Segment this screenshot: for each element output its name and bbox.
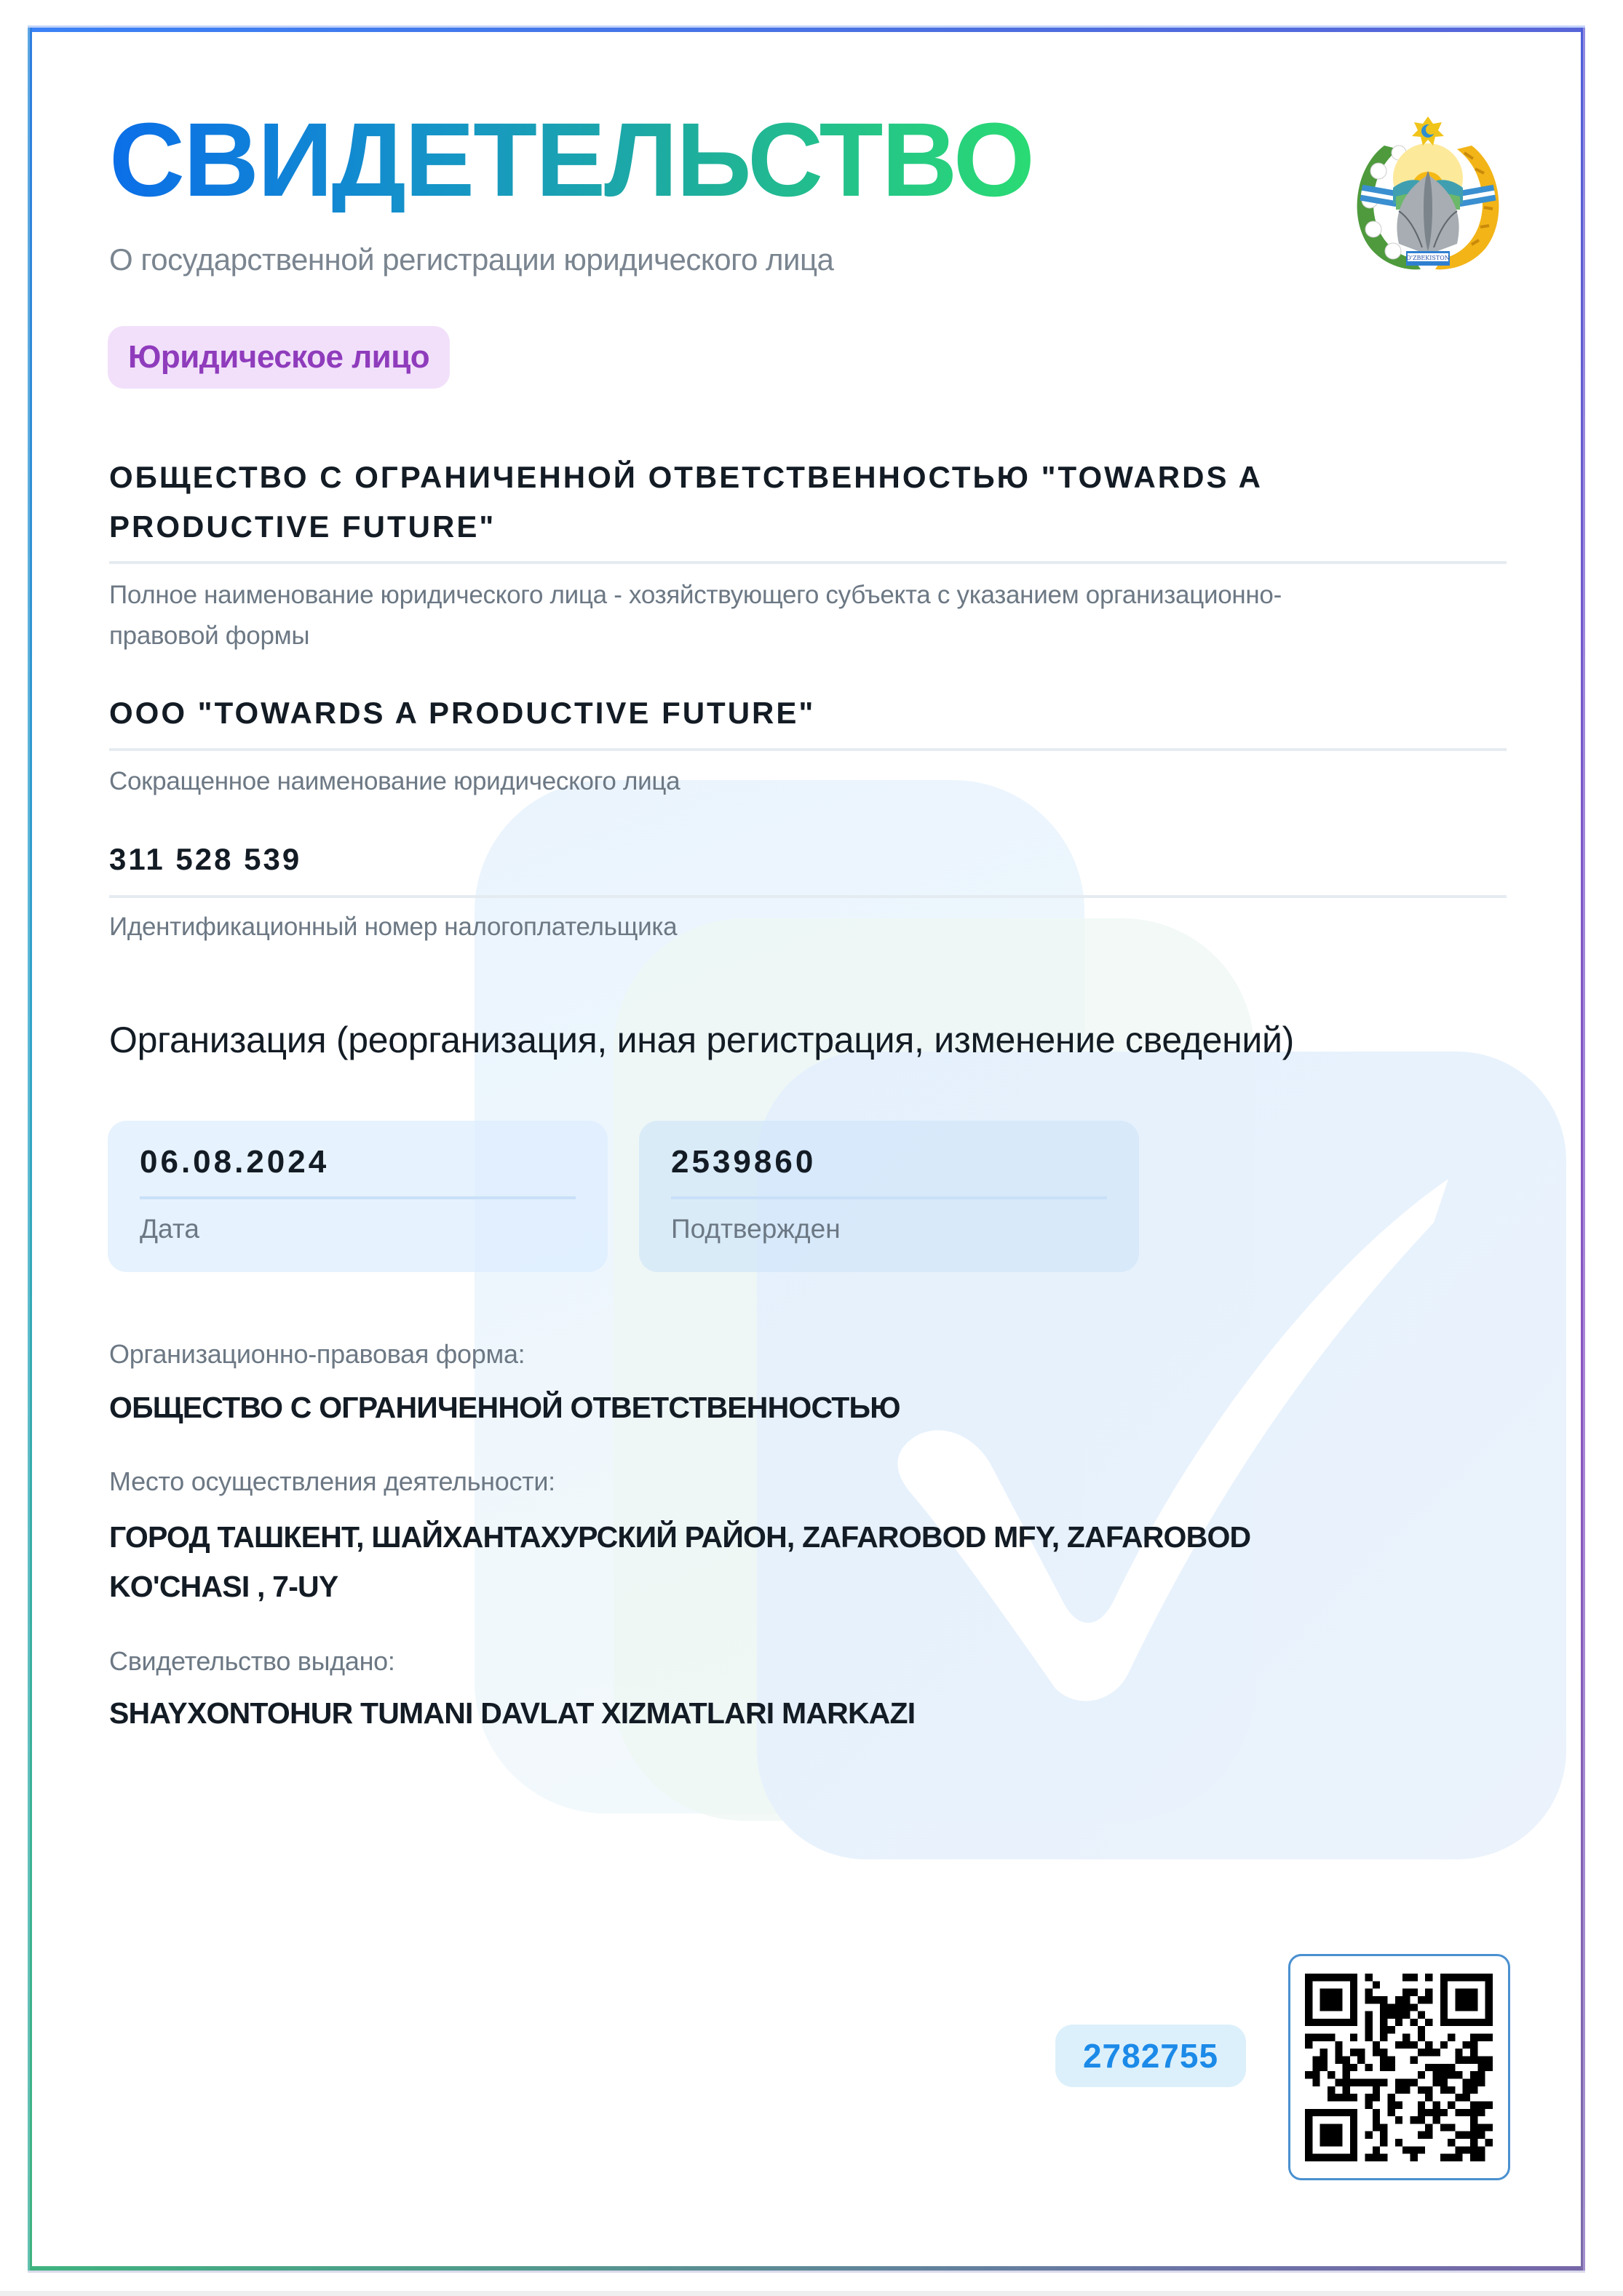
- address-value: ГОРОД ТАШКЕНТ, ШАЙХАНТАХУРСКИЙ РАЙОН, ZA…: [109, 1512, 1419, 1611]
- address-label: Место осуществления деятельности:: [109, 1466, 555, 1497]
- full-name-line: ОБЩЕСТВО С ОГРАНИЧЕННОЙ ОТВЕТСТВЕННОСТЬЮ…: [109, 453, 1492, 502]
- svg-text:O'ZBEKISTON: O'ZBEKISTON: [1406, 255, 1450, 261]
- short-name-value: ООО "TOWARDS A PRODUCTIVE FUTURE": [109, 688, 1492, 738]
- registration-date-value: 06.08.2024: [140, 1144, 329, 1180]
- registration-number-card: 2539860 Подтвержден: [639, 1121, 1139, 1272]
- document-number-badge: 2782755: [1055, 2025, 1246, 2087]
- uzbekistan-emblem-icon: O'ZBEKISTON: [1341, 102, 1515, 277]
- qr-code-icon: [1305, 1972, 1493, 2163]
- legal-form-value: ОБЩЕСТВО С ОГРАНИЧЕННОЙ ОТВЕТСТВЕННОСТЬЮ: [109, 1383, 1419, 1432]
- issuer-label: Свидетельство выдано:: [109, 1646, 395, 1677]
- registration-date-card: 06.08.2024 Дата: [108, 1121, 608, 1272]
- divider: [109, 561, 1507, 564]
- divider: [109, 748, 1507, 751]
- legal-form-label: Организационно-правовая форма:: [109, 1339, 525, 1370]
- divider: [109, 895, 1507, 898]
- entity-type-badge: Юридическое лицо: [108, 326, 450, 389]
- short-name-label: Сокращенное наименование юридического ли…: [109, 761, 1507, 802]
- tax-id-label: Идентификационный номер налогоплательщик…: [109, 907, 1507, 948]
- registration-number-value: 2539860: [671, 1144, 816, 1180]
- full-name-label: Полное наименование юридического лица - …: [109, 575, 1507, 656]
- registration-number-label: Подтвержден: [671, 1214, 841, 1244]
- issuer-value: SHAYXONTOHUR TUMANI DAVLAT XIZMATLARI MA…: [109, 1688, 1419, 1738]
- divider: [140, 1196, 576, 1199]
- divider: [671, 1196, 1107, 1199]
- tax-id-value: 311 528 539: [109, 835, 1492, 884]
- full-name-line: PRODUCTIVE FUTURE": [109, 502, 1492, 552]
- full-name-value: ОБЩЕСТВО С ОГРАНИЧЕННОЙ ОТВЕТСТВЕННОСТЬЮ…: [109, 453, 1492, 552]
- registration-date-label: Дата: [140, 1214, 199, 1244]
- certificate: СВИДЕТЕЛЬСТВО О государственной регистра…: [0, 0, 1623, 2296]
- registration-section-title: Организация (реорганизация, иная регистр…: [109, 1019, 1294, 1061]
- qr-code[interactable]: [1288, 1954, 1510, 2180]
- certificate-subtitle: О государственной регистрации юридическо…: [109, 242, 833, 277]
- certificate-title: СВИДЕТЕЛЬСТВО: [109, 108, 1033, 212]
